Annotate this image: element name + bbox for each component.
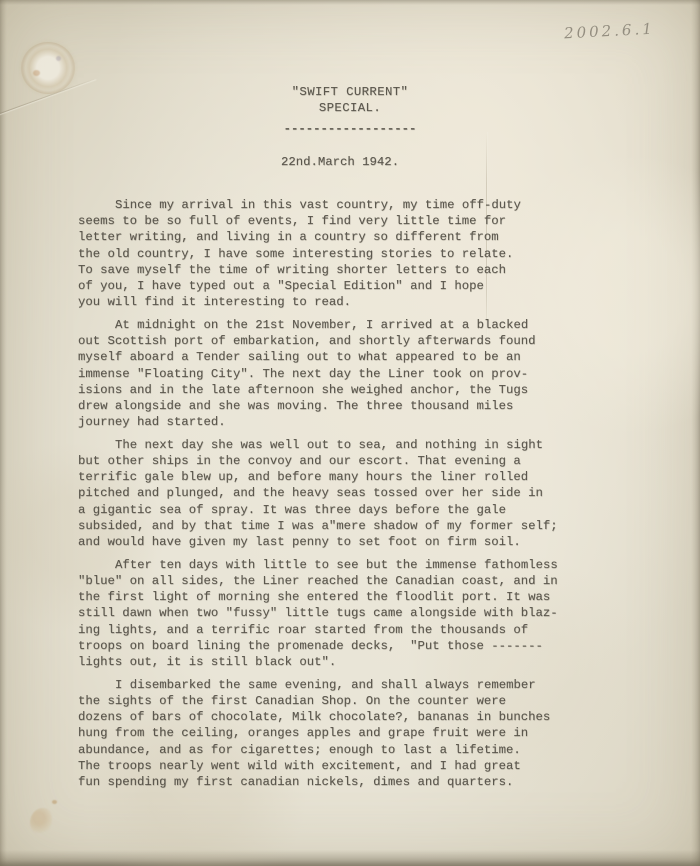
letter-body: Since my arrival in this vast country, m… xyxy=(78,197,566,797)
paragraph: At midnight on the 21st November, I arri… xyxy=(78,317,566,430)
letter-page: 2002.6.1 "SWIFT CURRENT" SPECIAL. ------… xyxy=(0,0,700,866)
paragraph: The next day she was well out to sea, an… xyxy=(78,437,566,550)
letter-date: 22nd.March 1942. xyxy=(281,155,399,169)
header-underline-dashes: ------------------ xyxy=(284,121,417,137)
letter-header: "SWIFT CURRENT" SPECIAL. ---------------… xyxy=(0,84,700,138)
accession-number: 2002.6.1 xyxy=(564,20,656,43)
paragraph: I disembarked the same evening, and shal… xyxy=(78,677,566,790)
paragraph: Since my arrival in this vast country, m… xyxy=(78,197,566,310)
paragraph: After ten days with little to see but th… xyxy=(78,557,566,670)
letter-content: 2002.6.1 "SWIFT CURRENT" SPECIAL. ------… xyxy=(0,0,700,866)
letter-subtitle: SPECIAL. xyxy=(0,100,700,116)
header-underline: ------------------ xyxy=(0,116,700,137)
letter-title: "SWIFT CURRENT" xyxy=(0,84,700,100)
